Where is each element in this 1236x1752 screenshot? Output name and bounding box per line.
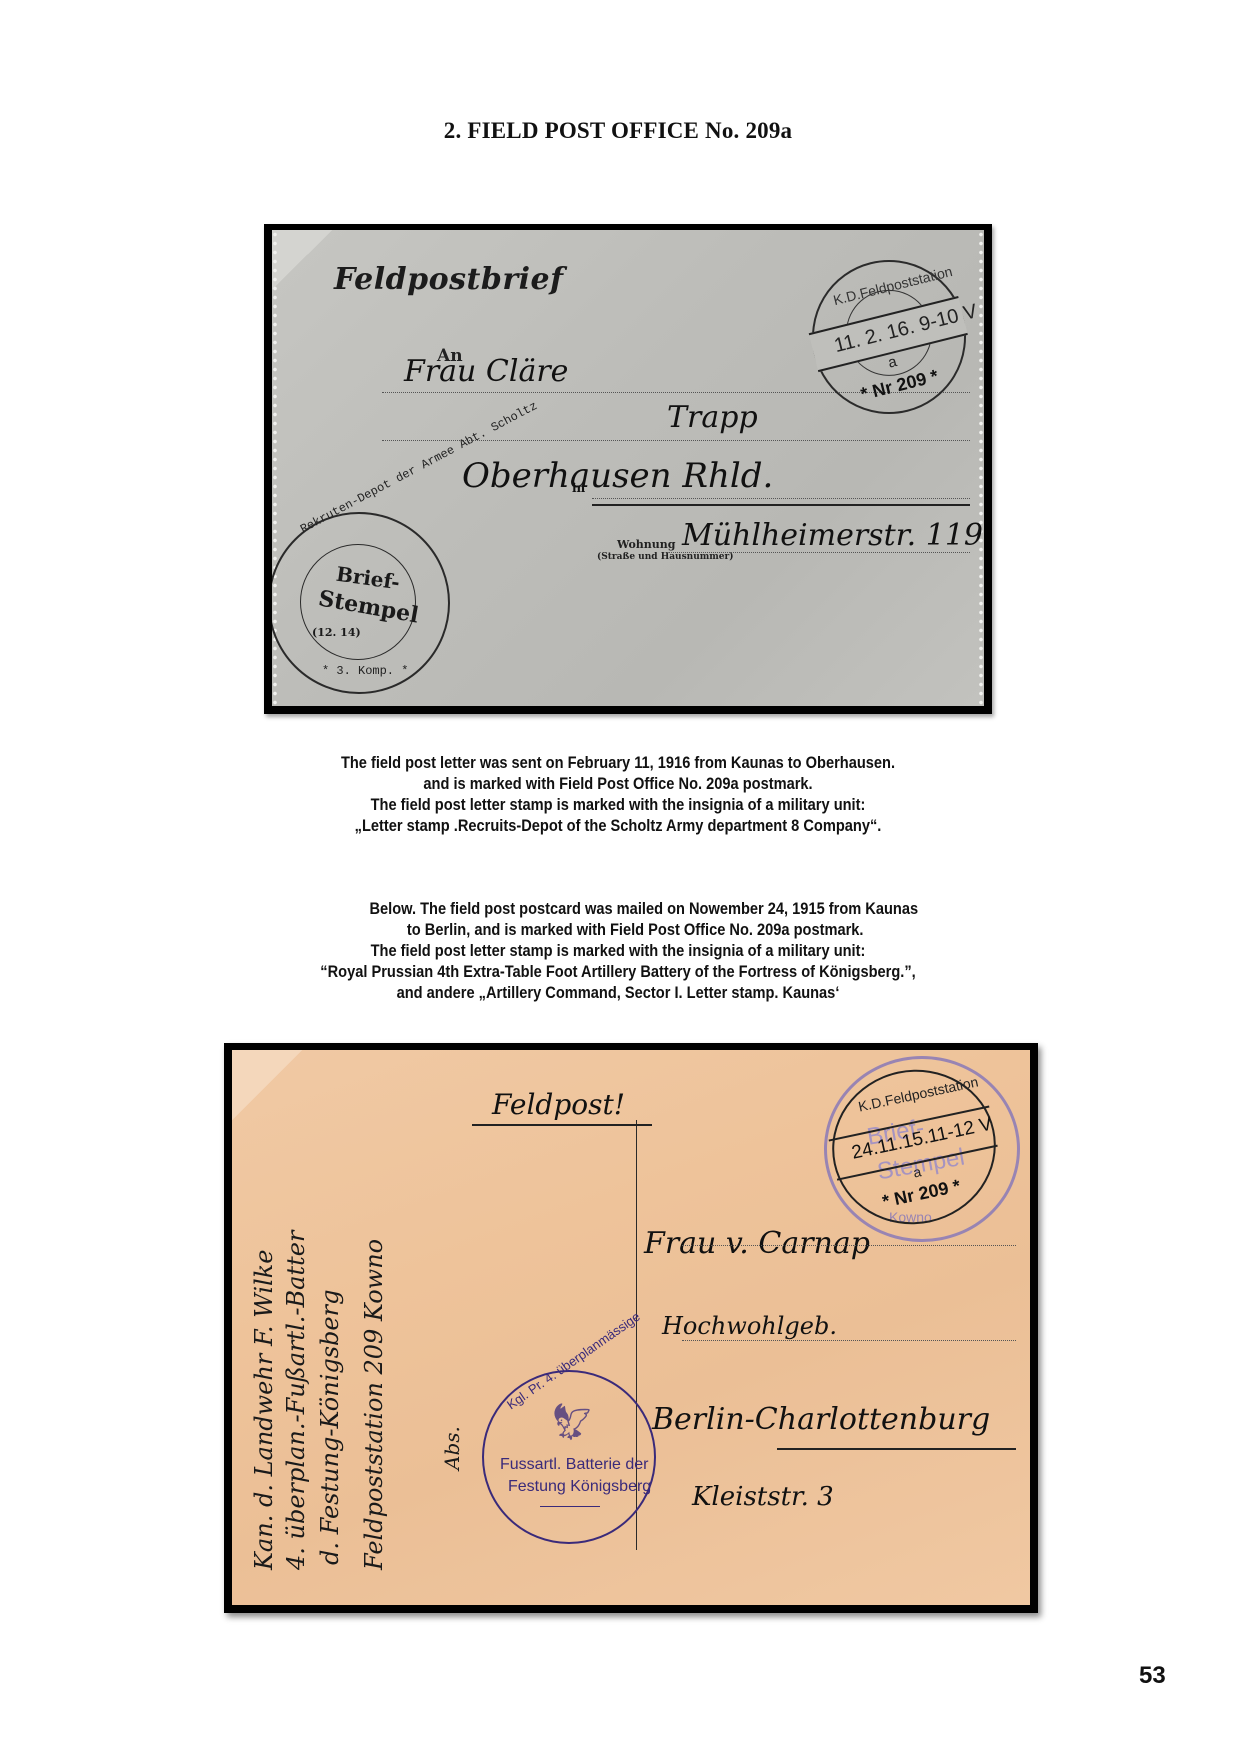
field-post-letter-image: Feldpostbrief An Frau Cläre Trapp Oberha… bbox=[264, 224, 992, 714]
battery-stamp-top-text: Kgl. Pr. 4. überplanmässige bbox=[504, 1309, 643, 1412]
caption-postcard-line-2: to Berlin, and is marked with Field Post… bbox=[87, 919, 1150, 940]
handwritten-honorific: Hochwohlgeb. bbox=[662, 1312, 837, 1340]
postcard-paper: Kan. d. Landwehr F. Wilke 4. überplan.-F… bbox=[232, 1050, 1030, 1605]
sender-abs: Abs. bbox=[440, 1426, 464, 1470]
handwritten-street: Kleiststr. 3 bbox=[692, 1482, 834, 1512]
sender-line-1: Kan. d. Landwehr F. Wilke bbox=[250, 1250, 278, 1570]
handwritten-feldpost: Feldpost! bbox=[492, 1088, 625, 1121]
handwritten-recipient-name: Frau Cläre bbox=[404, 354, 568, 389]
card-address-line-1 bbox=[682, 1245, 1016, 1246]
printed-wohnung: Wohnung bbox=[617, 538, 675, 551]
caption-postcard-line-1: Below. The field post postcard was maile… bbox=[87, 898, 1150, 919]
unit-stamp-bottom-text: * 3. Komp. * bbox=[322, 664, 408, 678]
postmark-top-text: K.D.Feldpoststation bbox=[857, 1073, 980, 1114]
address-rule bbox=[592, 504, 970, 506]
sender-line-3: d. Festung-Königsberg bbox=[316, 1290, 344, 1565]
postmark-letter: a bbox=[912, 1163, 923, 1180]
caption-letter-line-2: and is marked with Field Post Office No.… bbox=[87, 773, 1150, 794]
address-line-3 bbox=[592, 498, 970, 499]
card-address-line-2 bbox=[682, 1340, 1016, 1341]
battery-letter-stamp: Kgl. Pr. 4. überplanmässige 🦅︎ Fussartl.… bbox=[482, 1370, 656, 1544]
perforation-right bbox=[978, 230, 984, 706]
page-title: 2. FIELD POST OFFICE No. 209a bbox=[0, 118, 1236, 144]
handwritten-street: Mühlheimerstr. 119. bbox=[682, 518, 984, 553]
caption-postcard-line-5: and andere „Artillery Command, Sector I.… bbox=[87, 982, 1150, 1003]
unit-stamp-date: (12. 14) bbox=[312, 626, 361, 639]
sender-line-2: 4. überplan.-Fußartl.-Batter bbox=[282, 1231, 310, 1570]
caption-letter-line-3: The field post letter stamp is marked wi… bbox=[87, 794, 1150, 815]
caption-postcard-line-4: “Royal Prussian 4th Extra-Table Foot Art… bbox=[87, 961, 1150, 982]
caption-postcard-line-3: The field post letter stamp is marked wi… bbox=[87, 940, 1150, 961]
eagle-icon: 🦅︎ bbox=[544, 1400, 600, 1444]
handwritten-recipient-surname: Trapp bbox=[667, 400, 758, 435]
printed-wohnung-sub: (Straße und Hausnummer) bbox=[597, 552, 734, 562]
handwritten-recipient: Frau v. Carnap bbox=[644, 1226, 870, 1261]
unit-letter-stamp: Rekruten-Depot der Armee Abt. Scholtz * … bbox=[272, 512, 450, 694]
card-address-rule bbox=[777, 1448, 1016, 1450]
feldpost-underline bbox=[472, 1124, 652, 1126]
postmark-feldpoststation: K.D.Feldpoststation 11. 2. 16. 9-10 V a … bbox=[796, 244, 983, 431]
caption-postcard: Below. The field post postcard was maile… bbox=[87, 898, 1150, 1003]
sender-line-4: Feldpoststation 209 Kowno bbox=[360, 1239, 388, 1570]
folded-corner bbox=[272, 230, 332, 290]
caption-letter: The field post letter was sent on Februa… bbox=[87, 752, 1150, 836]
folded-corner bbox=[232, 1050, 302, 1120]
field-post-postcard-image: Kan. d. Landwehr F. Wilke 4. überplan.-F… bbox=[224, 1043, 1038, 1613]
caption-letter-line-4: „Letter stamp .Recruits-Depot of the Sch… bbox=[87, 815, 1150, 836]
printed-in: in bbox=[572, 481, 585, 495]
postmark-number: * Nr 209 * bbox=[881, 1175, 963, 1212]
handwritten-city: Oberhausen Rhld. bbox=[462, 456, 773, 496]
address-line-4 bbox=[667, 552, 970, 553]
printed-feldpostbrief: Feldpostbrief bbox=[334, 262, 564, 297]
handwritten-city: Berlin-Charlottenburg bbox=[652, 1402, 990, 1437]
letter-paper: Feldpostbrief An Frau Cläre Trapp Oberha… bbox=[272, 230, 984, 706]
page-number: 53 bbox=[1139, 1662, 1166, 1690]
battery-stamp-line-2: Festung Königsberg bbox=[508, 1478, 651, 1496]
caption-letter-line-1: The field post letter was sent on Februa… bbox=[87, 752, 1150, 773]
battery-stamp-ornament bbox=[540, 1506, 600, 1507]
battery-stamp-line-1: Fussartl. Batterie der bbox=[500, 1456, 649, 1474]
